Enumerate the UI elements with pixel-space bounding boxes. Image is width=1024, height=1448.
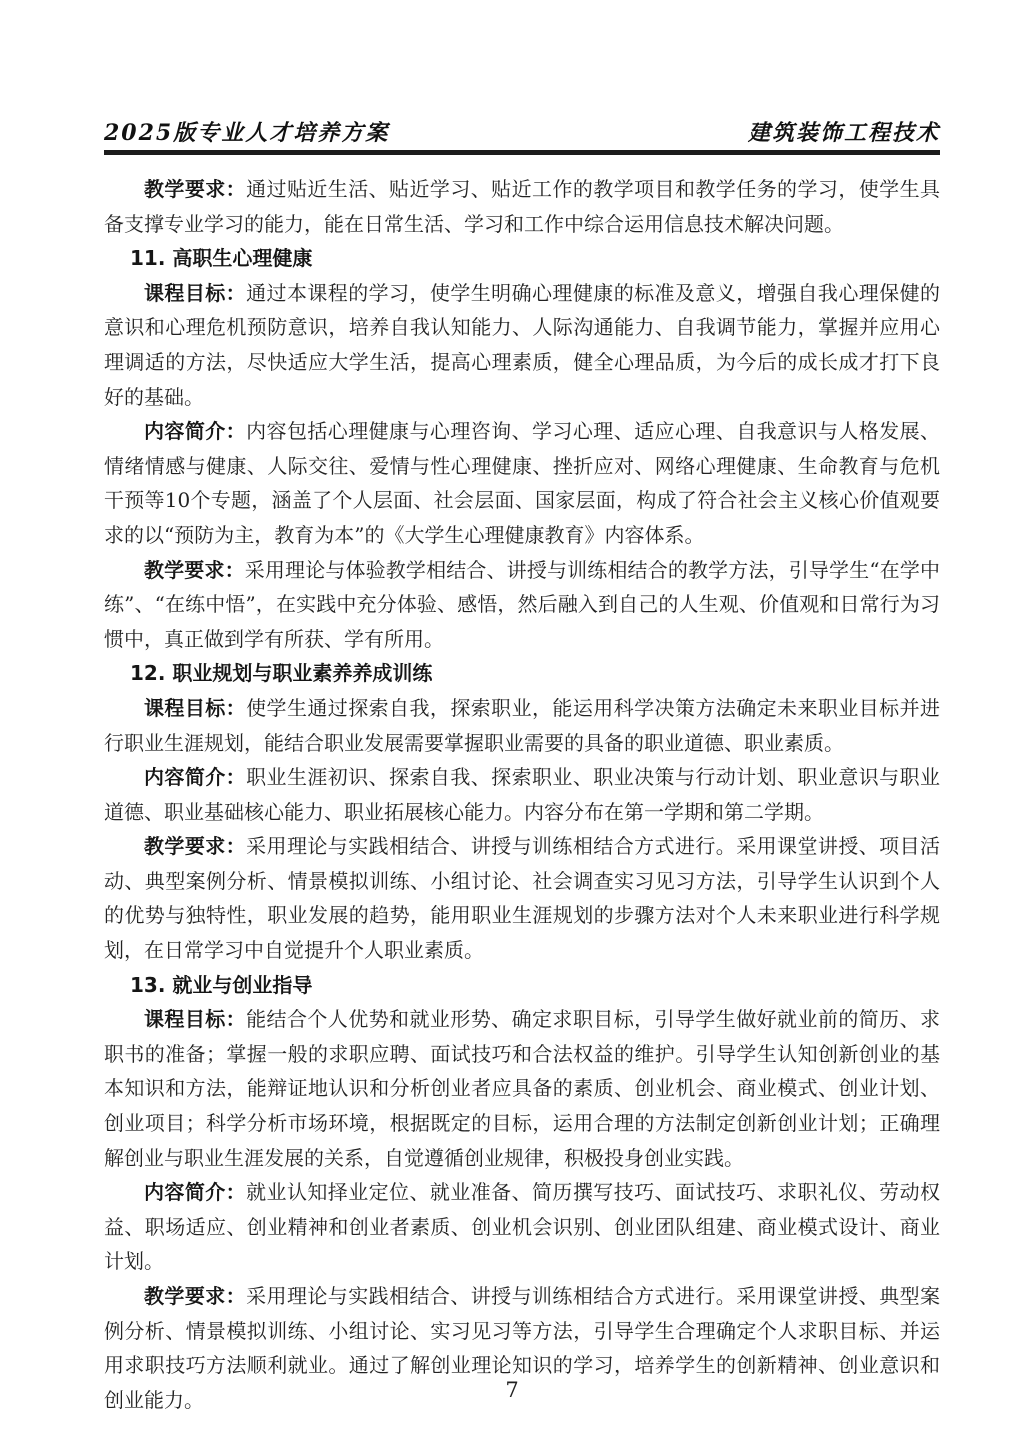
paragraph-label: 内容简介：	[144, 419, 246, 443]
paragraph-course-goal-11: 课程目标：通过本课程的学习，使学生明确心理健康的标准及意义，增强自我心理保健的意…	[104, 276, 940, 414]
paragraph-label: 内容简介：	[144, 1180, 246, 1204]
paragraph-content-intro-11: 内容简介：内容包括心理健康与心理咨询、学习心理、适应心理、自我意识与人格发展、情…	[104, 414, 940, 552]
section-heading-13-employment-entrepreneurship: 13. 就业与创业指导	[104, 968, 940, 1003]
paragraph-content-intro-13: 内容简介：就业认知择业定位、就业准备、简历撰写技巧、面试技巧、求职礼仪、劳动权益…	[104, 1175, 940, 1279]
paragraph-teaching-requirements-12: 教学要求：采用理论与实践相结合、讲授与训练相结合方式进行。采用课堂讲授、项目活动…	[104, 829, 940, 967]
paragraph-label: 教学要求：	[144, 558, 245, 582]
paragraph-teaching-requirements-11: 教学要求：采用理论与体验教学相结合、讲授与训练相结合的教学方法，引导学生“在学中…	[104, 553, 940, 657]
page-header: 2025版专业人才培养方案 建筑装饰工程技术	[104, 116, 940, 147]
paragraph-label: 课程目标：	[144, 1007, 246, 1031]
paragraph-content-intro-12: 内容简介：职业生涯初识、探索自我、探索职业、职业决策与行动计划、职业意识与职业道…	[104, 760, 940, 829]
page-number: 7	[505, 1378, 518, 1402]
document-page: 2025版专业人才培养方案 建筑装饰工程技术 教学要求：通过贴近生活、贴近学习、…	[0, 0, 1024, 1448]
header-left-title: 2025版专业人才培养方案	[104, 116, 389, 147]
paragraph-course-goal-12: 课程目标：使学生通过探索自我，探索职业，能运用科学决策方法确定未来职业目标并进行…	[104, 691, 940, 760]
paragraph-label: 教学要求：	[144, 834, 246, 858]
section-heading-11-psych-health: 11. 高职生心理健康	[104, 241, 940, 276]
paragraph-label: 教学要求：	[144, 1284, 246, 1308]
section-heading-12-career-planning: 12. 职业规划与职业素养养成训练	[104, 656, 940, 691]
paragraph-label: 内容简介：	[144, 765, 246, 789]
paragraph-label: 教学要求：	[144, 177, 246, 201]
paragraph-label: 课程目标：	[144, 696, 246, 720]
paragraph-label: 课程目标：	[144, 281, 246, 305]
paragraph-teaching-requirements-info-tech: 教学要求：通过贴近生活、贴近学习、贴近工作的教学项目和教学任务的学习，使学生具备…	[104, 172, 940, 241]
paragraph-course-goal-13: 课程目标：能结合个人优势和就业形势、确定求职目标，引导学生做好就业前的简历、求职…	[104, 1002, 940, 1175]
header-right-title: 建筑装饰工程技术	[748, 116, 940, 147]
header-double-rule	[104, 150, 940, 155]
page-footer: 7	[0, 1378, 1024, 1402]
document-body: 教学要求：通过贴近生活、贴近学习、贴近工作的教学项目和教学任务的学习，使学生具备…	[104, 172, 940, 1417]
paragraph-text: 能结合个人优势和就业形势、确定求职目标，引导学生做好就业前的简历、求职书的准备；…	[104, 1007, 940, 1169]
